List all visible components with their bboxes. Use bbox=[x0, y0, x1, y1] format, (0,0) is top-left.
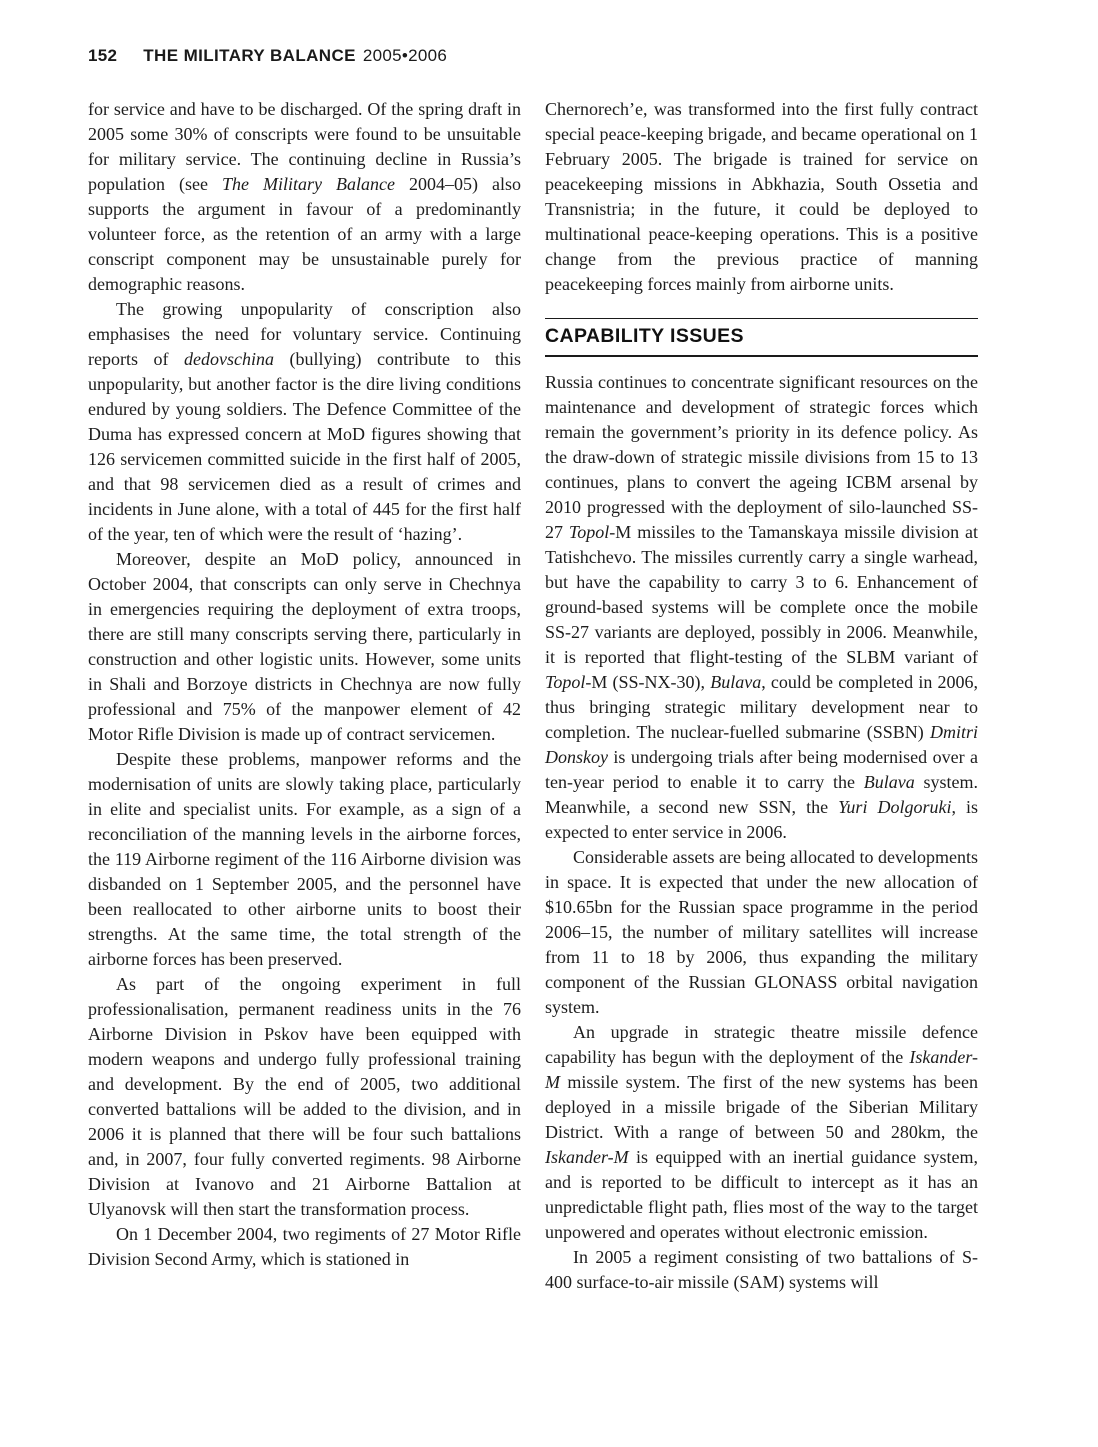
right-column-top: Chernorech’e, was transformed into the f… bbox=[545, 97, 978, 297]
paragraph: Moreover, despite an MoD policy, announc… bbox=[88, 547, 521, 747]
left-column: for service and have to be discharged. O… bbox=[88, 97, 521, 1295]
paragraph: Chernorech’e, was transformed into the f… bbox=[545, 97, 978, 297]
paragraph: for service and have to be discharged. O… bbox=[88, 97, 521, 297]
right-column-bottom: Russia continues to concentrate signific… bbox=[545, 370, 978, 1295]
italic-text-run: Bulava bbox=[864, 772, 915, 792]
page-header: 152THE MILITARY BALANCE2005•2006 bbox=[88, 46, 978, 66]
paragraph: Russia continues to concentrate signific… bbox=[545, 370, 978, 845]
italic-text-run: Bulava bbox=[710, 672, 761, 692]
paragraph: An upgrade in strategic theatre missile … bbox=[545, 1020, 978, 1245]
italic-text-run: Iskander-M bbox=[545, 1147, 629, 1167]
header-title: THE MILITARY BALANCE bbox=[143, 46, 356, 65]
text-run: In 2005 a regiment consisting of two bat… bbox=[545, 1247, 978, 1292]
text-run: -M (SS-NX-30), bbox=[585, 672, 710, 692]
section-heading: CAPABILITY ISSUES bbox=[545, 325, 978, 348]
right-column: Chernorech’e, was transformed into the f… bbox=[545, 97, 978, 1295]
text-run: missile system. The first of the new sys… bbox=[545, 1072, 978, 1142]
text-run: Despite these problems, manpower reforms… bbox=[88, 749, 521, 969]
italic-text-run: Yuri Dolgoruki bbox=[838, 797, 951, 817]
text-run: Russia continues to concentrate signific… bbox=[545, 372, 978, 542]
text-run: On 1 December 2004, two regiments of 27 … bbox=[88, 1224, 521, 1269]
paragraph: Considerable assets are being allocated … bbox=[545, 845, 978, 1020]
page-number: 152 bbox=[88, 46, 117, 65]
section-heading-block: CAPABILITY ISSUES bbox=[545, 318, 978, 357]
italic-text-run: Topol bbox=[569, 522, 609, 542]
paragraph: In 2005 a regiment consisting of two bat… bbox=[545, 1245, 978, 1295]
two-column-layout: for service and have to be discharged. O… bbox=[88, 97, 978, 1295]
text-run: Considerable assets are being allocated … bbox=[545, 847, 978, 1017]
text-run: As part of the ongoing experiment in ful… bbox=[88, 974, 521, 1219]
paragraph: The growing unpopularity of conscription… bbox=[88, 297, 521, 547]
text-run: Chernorech’e, was transformed into the f… bbox=[545, 99, 978, 294]
paragraph: On 1 December 2004, two regiments of 27 … bbox=[88, 1222, 521, 1272]
header-edition: 2005•2006 bbox=[363, 46, 447, 65]
italic-text-run: Topol bbox=[545, 672, 585, 692]
paragraph: As part of the ongoing experiment in ful… bbox=[88, 972, 521, 1222]
book-page: 152THE MILITARY BALANCE2005•2006 for ser… bbox=[0, 0, 1098, 1447]
text-run: (bullying) contribute to this unpopulari… bbox=[88, 349, 521, 544]
italic-text-run: The Military Balance bbox=[222, 174, 395, 194]
paragraph: Despite these problems, manpower reforms… bbox=[88, 747, 521, 972]
text-run: Moreover, despite an MoD policy, announc… bbox=[88, 549, 521, 744]
italic-text-run: dedovschina bbox=[184, 349, 274, 369]
text-run: -M missiles to the Tamanskaya missile di… bbox=[545, 522, 978, 667]
